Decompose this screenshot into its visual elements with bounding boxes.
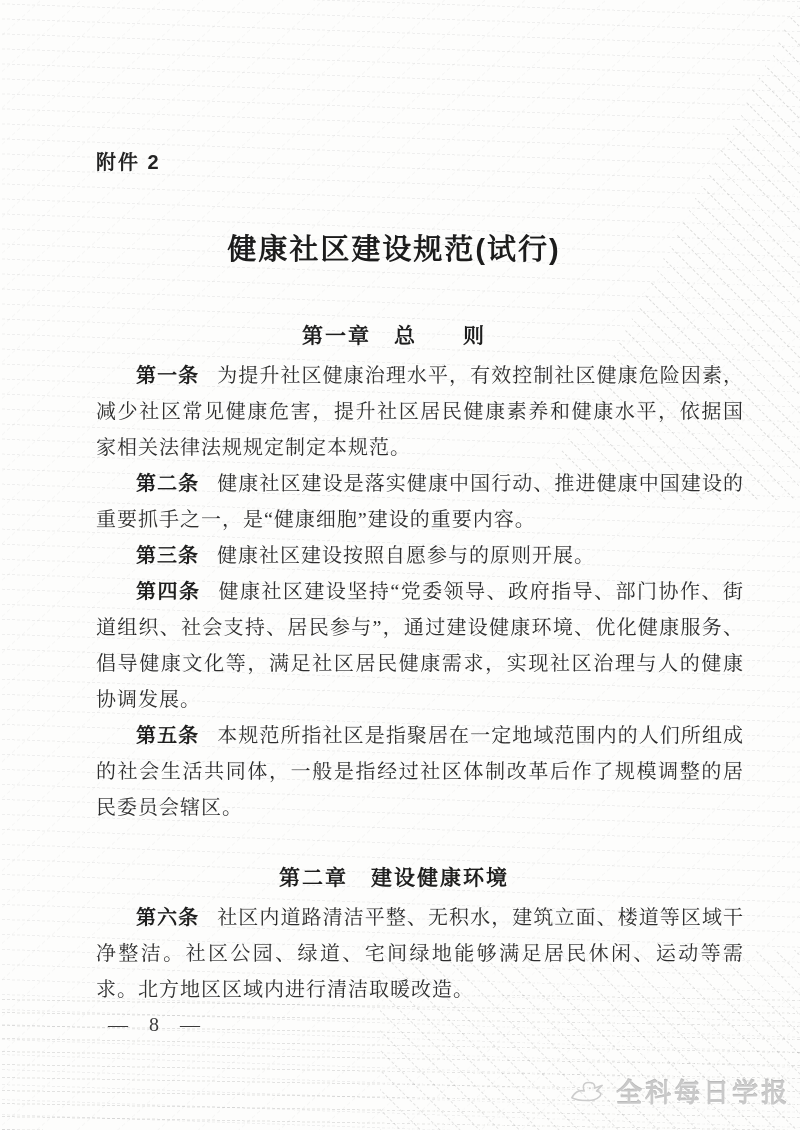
watermark-text: 全科每日学报 [616,1073,790,1110]
publication-logo-icon [568,1077,606,1107]
document-page: 附件 2 健康社区建设规范(试行) 第一章 总 则 第一条为提升社区健康治理水平… [0,0,800,1130]
article-1-paragraph: 第一条为提升社区健康治理水平，有效控制社区健康危险因素，减少社区常见健康危害，提… [96,358,744,466]
article-6-paragraph: 第六条社区内道路清洁平整、无积水，建筑立面、楼道等区域干净整洁。社区公园、绿道、… [96,900,744,1008]
publisher-watermark: 全科每日学报 [568,1073,790,1110]
document-content: 附件 2 健康社区建设规范(试行) 第一章 总 则 第一条为提升社区健康治理水平… [0,146,800,1037]
article-3-paragraph: 第三条健康社区建设按照自愿参与的原则开展。 [96,538,744,574]
article-4-paragraph: 第四条健康社区建设坚持“党委领导、政府指导、部门协作、街道组织、社会支持、居民参… [96,574,744,718]
article-6-label: 第六条 [136,907,199,929]
article-5-paragraph: 第五条本规范所指社区是指聚居在一定地域范围内的人们所组成的社会生活共同体，一般是… [96,718,744,826]
chapter-2-heading: 第二章 建设健康环境 [96,862,692,892]
article-3-text: 健康社区建设按照自愿参与的原则开展。 [217,545,595,567]
article-2-paragraph: 第二条健康社区建设是落实健康中国行动、推进健康中国建设的重要抓手之一，是“健康细… [96,466,744,538]
chapter-1-heading: 第一章 总 则 [96,320,692,350]
page-number: — 8 — [108,1014,744,1037]
attachment-label: 附件 2 [96,146,744,175]
article-2-label: 第二条 [136,473,199,495]
article-3-label: 第三条 [136,545,199,567]
article-5-label: 第五条 [136,725,199,747]
document-title: 健康社区建设规范(试行) [96,227,692,268]
article-4-label: 第四条 [136,581,200,603]
article-1-label: 第一条 [136,365,199,387]
